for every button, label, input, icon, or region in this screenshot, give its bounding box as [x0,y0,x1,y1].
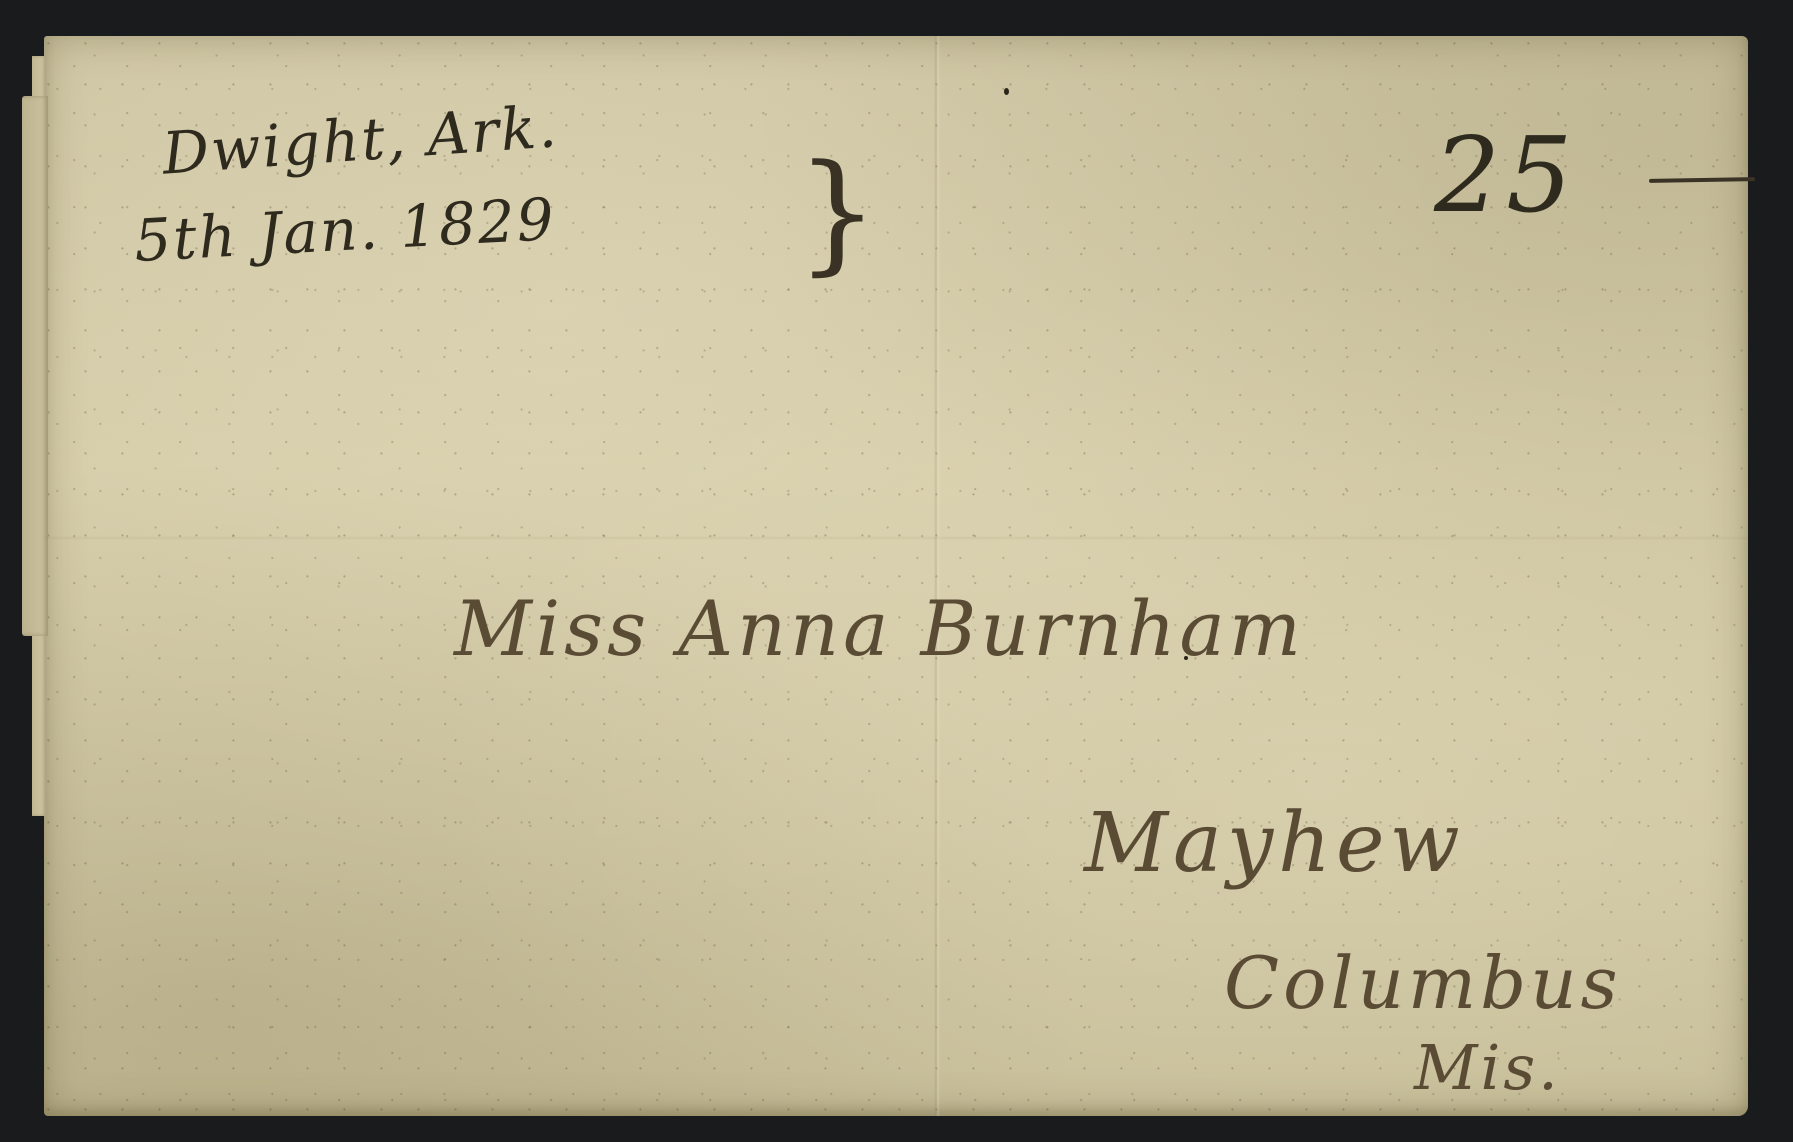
center-fold-crease [934,36,940,1116]
postage-rate-dash [1649,177,1755,183]
address-line-state: Mis. [1414,1031,1561,1104]
docket-brace: } [796,136,881,288]
photo-background: Dwight, Ark. 5th Jan. 1829 } 25 Miss Ann… [0,0,1793,1142]
addressee-name: Miss Anna Burnham [454,584,1305,673]
postage-rate: 25 [1434,114,1578,236]
horizontal-fold-crease [44,536,1748,540]
ink-spot [1004,88,1009,95]
letter-folded-edge-outer [22,96,48,636]
address-line-mayhew: Mayhew [1084,796,1465,891]
docket-origin: Dwight, Ark. [160,92,560,187]
address-line-columbus: Columbus [1224,941,1622,1025]
ink-spot [1184,656,1188,660]
folded-letter: Dwight, Ark. 5th Jan. 1829 } 25 Miss Ann… [44,36,1748,1116]
docket-date: 5th Jan. 1829 [133,185,558,275]
